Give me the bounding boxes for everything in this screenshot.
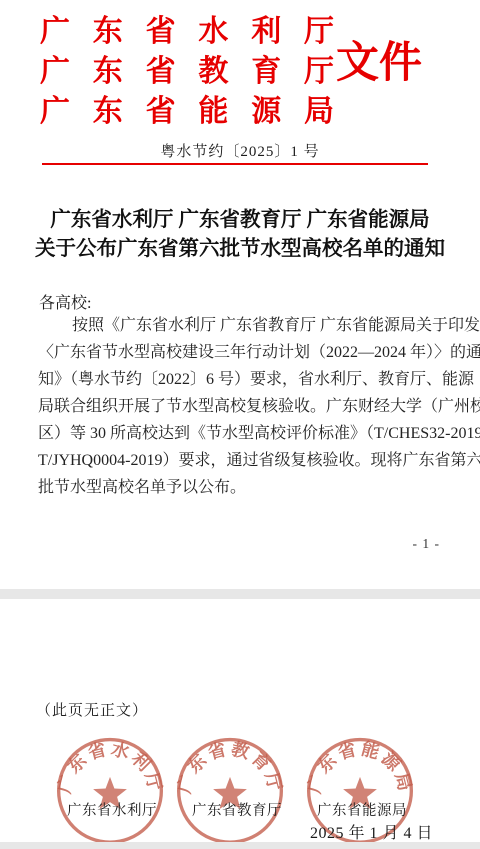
doc-type-label: 文件: [336, 40, 422, 87]
signature-agency-education: 广东省教育厅: [192, 799, 282, 820]
letterhead-agency-3: 广东省能源局: [40, 88, 334, 128]
doc-number: 粤水节约〔2025〕1 号: [0, 140, 480, 161]
red-divider-rule: [42, 163, 428, 165]
official-seal-education-icon: 广东省教育厅: [174, 733, 286, 842]
salutation: 各高校:: [39, 290, 91, 313]
doc-title: 广东省水利厅 广东省教育厅 广东省能源局 关于公布广东省第六批节水型高校名单的通…: [0, 206, 480, 264]
signature-agency-water-resources: 广东省水利厅: [67, 799, 157, 820]
page-2: （此页无正文） 广东省水利厅 广东省教育厅 广东省能源局 广东省水利厅 广东省教…: [0, 599, 480, 842]
paragraph-line: T/JYHQ0004-2019）要求，通过省级复核验收。现将广东省第六: [38, 447, 443, 474]
letterhead: 广东省水利厅 广东省教育厅 广东省能源局: [40, 8, 334, 128]
official-seal-water-resources-icon: 广东省水利厅: [54, 733, 166, 842]
paragraph-line: 区）等 30 所高校达到《节水型高校评价标准》（T/CHES32-2019、: [38, 420, 443, 447]
paragraph-line: 按照《广东省水利厅 广东省教育厅 广东省能源局关于印发: [38, 312, 443, 339]
document-scan: { "colors": { "header_red": "#e60000", "…: [0, 0, 480, 849]
signature-agency-energy: 广东省能源局: [317, 799, 407, 820]
page-number: - 1 -: [413, 536, 441, 552]
paragraph-line: 〈广东省节水型高校建设三年行动计划（2022—2024 年）〉的通: [38, 339, 443, 366]
page-1: 广东省水利厅 广东省教育厅 广东省能源局 文件 粤水节约〔2025〕1 号 广东…: [0, 0, 480, 589]
signature-date: 2025 年 1 月 4 日: [310, 820, 433, 842]
no-text-note: （此页无正文）: [36, 699, 148, 720]
paragraph-line: 批节水型高校名单予以公布。: [38, 474, 443, 501]
doc-title-line-2: 关于公布广东省第六批节水型高校名单的通知: [0, 235, 480, 264]
letterhead-agency-1: 广东省水利厅: [40, 8, 334, 48]
body-paragraph: 按照《广东省水利厅 广东省教育厅 广东省能源局关于印发 〈广东省节水型高校建设三…: [38, 312, 443, 501]
paragraph-line: 知》（粤水节约〔2022〕6 号）要求，省水利厅、教育厅、能源: [38, 366, 443, 393]
letterhead-agency-2: 广东省教育厅: [40, 48, 334, 88]
paragraph-line: 局联合组织开展了节水型高校复核验收。广东财经大学（广州校: [38, 393, 443, 420]
doc-title-line-1: 广东省水利厅 广东省教育厅 广东省能源局: [0, 206, 480, 235]
